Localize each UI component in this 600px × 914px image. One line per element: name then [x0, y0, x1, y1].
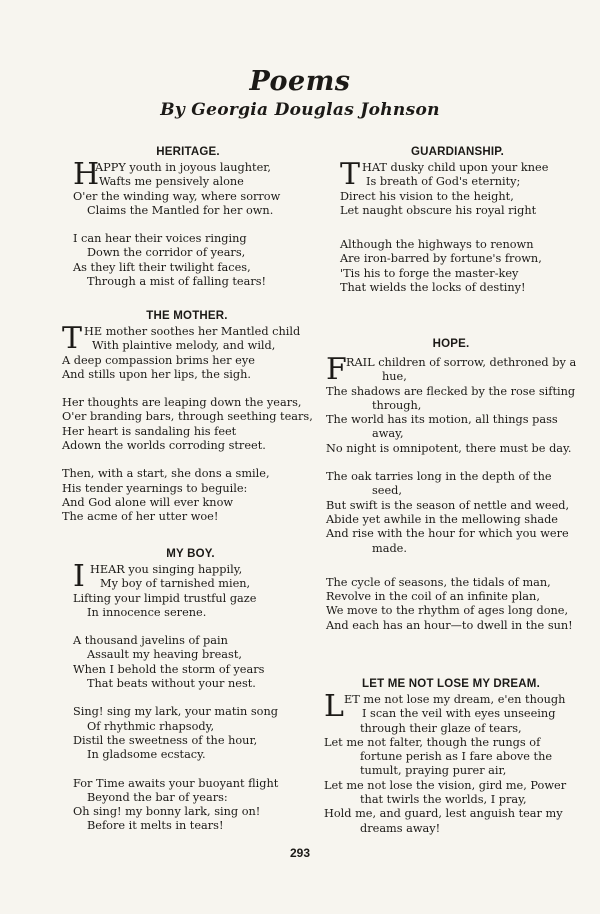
- poem-line: The shadows are flecked by the rose sift…: [326, 385, 576, 399]
- poem-line: My boy of tarnished mien,: [73, 577, 308, 591]
- poem-line: Of rhythmic rhapsody,: [73, 720, 308, 734]
- poem-line: Through a mist of falling tears!: [73, 275, 303, 289]
- poem-line: And each has an hour—to dwell in the sun…: [326, 619, 576, 633]
- poem-line: A deep compassion brims her eye: [62, 354, 312, 368]
- poem-line: The acme of her utter woe!: [62, 510, 312, 524]
- poem-line: And stills upon her lips, the sigh.: [62, 368, 312, 382]
- drop-cap: L: [324, 694, 344, 720]
- poem-line: HE mother soothes her Mantled child: [62, 325, 312, 339]
- poem-my-boy: MY BOY. I HEAR you singing happily, My b…: [73, 548, 308, 834]
- poem-line: 'Tis his to forge the master-key: [340, 267, 575, 281]
- poem-title: THE MOTHER.: [62, 310, 312, 322]
- poem-line: That beats without your nest.: [73, 677, 308, 691]
- poem-line: And God alone will ever know: [62, 496, 312, 510]
- poem-line: A thousand javelins of pain: [73, 634, 308, 648]
- poem-line: Her heart is sandaling his feet: [62, 425, 312, 439]
- poem-line: Adown the worlds corroding street.: [62, 439, 312, 453]
- poem-line: Wafts me pensively alone: [73, 175, 303, 189]
- poem-first-lines: F RAIL children of sorrow, dethroned by …: [326, 356, 576, 385]
- poem-title: LET ME NOT LOSE MY DREAM.: [324, 678, 578, 690]
- poem-first-lines: H APPY youth in joyous laughter, Wafts m…: [73, 161, 303, 190]
- poem-title: GUARDIANSHIP.: [340, 146, 575, 158]
- page-title: Poems: [0, 66, 600, 97]
- poem-title: HERITAGE.: [73, 146, 303, 158]
- poem-line: Are iron-barred by fortune's frown,: [340, 252, 575, 266]
- poem-line: His tender yearnings to beguile:: [62, 482, 312, 496]
- poem-line: When I behold the storm of years: [73, 663, 308, 677]
- poem-line: But swift is the season of nettle and we…: [326, 499, 576, 513]
- poem-title: MY BOY.: [73, 548, 308, 560]
- drop-cap: H: [73, 162, 99, 188]
- poem-line: Beyond the bar of years:: [73, 791, 308, 805]
- drop-cap: I: [73, 564, 85, 590]
- poem-line: Is breath of God's eternity;: [340, 175, 575, 189]
- poem-line: away,: [326, 427, 576, 441]
- poem-line: O'er the winding way, where sorrow: [73, 190, 303, 204]
- poem-line: Distil the sweetness of the hour,: [73, 734, 308, 748]
- poem-title: HOPE.: [326, 338, 576, 350]
- poem-line: And rise with the hour for which you wer…: [326, 527, 576, 541]
- poem-line: Sing! sing my lark, your matin song: [73, 705, 308, 719]
- poem-let-me-not-lose-my-dream: LET ME NOT LOSE MY DREAM. L ET me not lo…: [324, 678, 578, 836]
- poem-first-lines: T HE mother soothes her Mantled child Wi…: [62, 325, 312, 354]
- poem-line: RAIL children of sorrow, dethroned by a: [326, 356, 576, 370]
- poem-heritage: HERITAGE. H APPY youth in joyous laughte…: [73, 146, 303, 289]
- poem-line: I scan the veil with eyes unseeing: [324, 707, 578, 721]
- poem-line: hue,: [326, 370, 576, 384]
- poem-line: HAT dusky child upon your knee: [340, 161, 575, 175]
- poem-line: Direct his vision to the height,: [340, 190, 575, 204]
- poem-line: As they lift their twilight faces,: [73, 261, 303, 275]
- author-byline: By Georgia Douglas Johnson: [0, 100, 600, 120]
- poem-line: Lifting your limpid trustful gaze: [73, 592, 308, 606]
- poem-line: that twirls the worlds, I pray,: [324, 793, 578, 807]
- poem-line: Claims the Mantled for her own.: [73, 204, 303, 218]
- poem-line: through their glaze of tears,: [324, 722, 578, 736]
- poem-first-lines: T HAT dusky child upon your knee Is brea…: [340, 161, 575, 190]
- poem-line: That wields the locks of destiny!: [340, 281, 575, 295]
- drop-cap: T: [62, 326, 82, 352]
- poem-guardianship: GUARDIANSHIP. T HAT dusky child upon you…: [340, 146, 575, 295]
- poem-line: Oh sing! my bonny lark, sing on!: [73, 805, 308, 819]
- poem-line: In innocence serene.: [73, 606, 308, 620]
- poem-line: Let me not lose the vision, gird me, Pow…: [324, 779, 578, 793]
- poem-line: through,: [326, 399, 576, 413]
- poem-line: HEAR you singing happily,: [73, 563, 308, 577]
- poem-line: I can hear their voices ringing: [73, 232, 303, 246]
- poem-line: For Time awaits your buoyant flight: [73, 777, 308, 791]
- poem-line: No night is omnipotent, there must be da…: [326, 442, 576, 456]
- poem-hope: HOPE. F RAIL children of sorrow, dethron…: [326, 338, 576, 633]
- poem-line: Her thoughts are leaping down the years,: [62, 396, 312, 410]
- page-number: 293: [0, 846, 600, 860]
- poem-line: The oak tarries long in the depth of the: [326, 470, 576, 484]
- poem-line: Let me not falter, though the rungs of: [324, 736, 578, 750]
- poem-line: tumult, praying purer air,: [324, 764, 578, 778]
- poem-line: In gladsome ecstacy.: [73, 748, 308, 762]
- poem-line: ET me not lose my dream, e'en though: [324, 693, 578, 707]
- poem-line: Abide yet awhile in the mellowing shade: [326, 513, 576, 527]
- poem-line: The cycle of seasons, the tidals of man,: [326, 576, 576, 590]
- poem-first-lines: L ET me not lose my dream, e'en though I…: [324, 693, 578, 722]
- drop-cap: T: [340, 162, 360, 188]
- poem-line: We move to the rhythm of ages long done,: [326, 604, 576, 618]
- drop-cap: F: [326, 357, 347, 383]
- poem-line: Assault my heaving breast,: [73, 648, 308, 662]
- poem-line: Revolve in the coil of an infinite plan,: [326, 590, 576, 604]
- poem-first-lines: I HEAR you singing happily, My boy of ta…: [73, 563, 308, 592]
- poem-line: seed,: [326, 484, 576, 498]
- poem-line: Hold me, and guard, lest anguish tear my: [324, 807, 578, 821]
- poem-line: Before it melts in tears!: [73, 819, 308, 833]
- poem-line: dreams away!: [324, 822, 578, 836]
- poem-line: Let naught obscure his royal right: [340, 204, 575, 218]
- poem-line: made.: [326, 542, 576, 556]
- poem-line: Although the highways to renown: [340, 238, 575, 252]
- poem-line: With plaintive melody, and wild,: [62, 339, 312, 353]
- poem-line: fortune perish as I fare above the: [324, 750, 578, 764]
- poem-line: Then, with a start, she dons a smile,: [62, 467, 312, 481]
- poem-line: O'er branding bars, through seething tea…: [62, 410, 312, 424]
- poem-line: APPY youth in joyous laughter,: [73, 161, 303, 175]
- poem-the-mother: THE MOTHER. T HE mother soothes her Mant…: [62, 310, 312, 525]
- poem-line: Down the corridor of years,: [73, 246, 303, 260]
- poem-line: The world has its motion, all things pas…: [326, 413, 576, 427]
